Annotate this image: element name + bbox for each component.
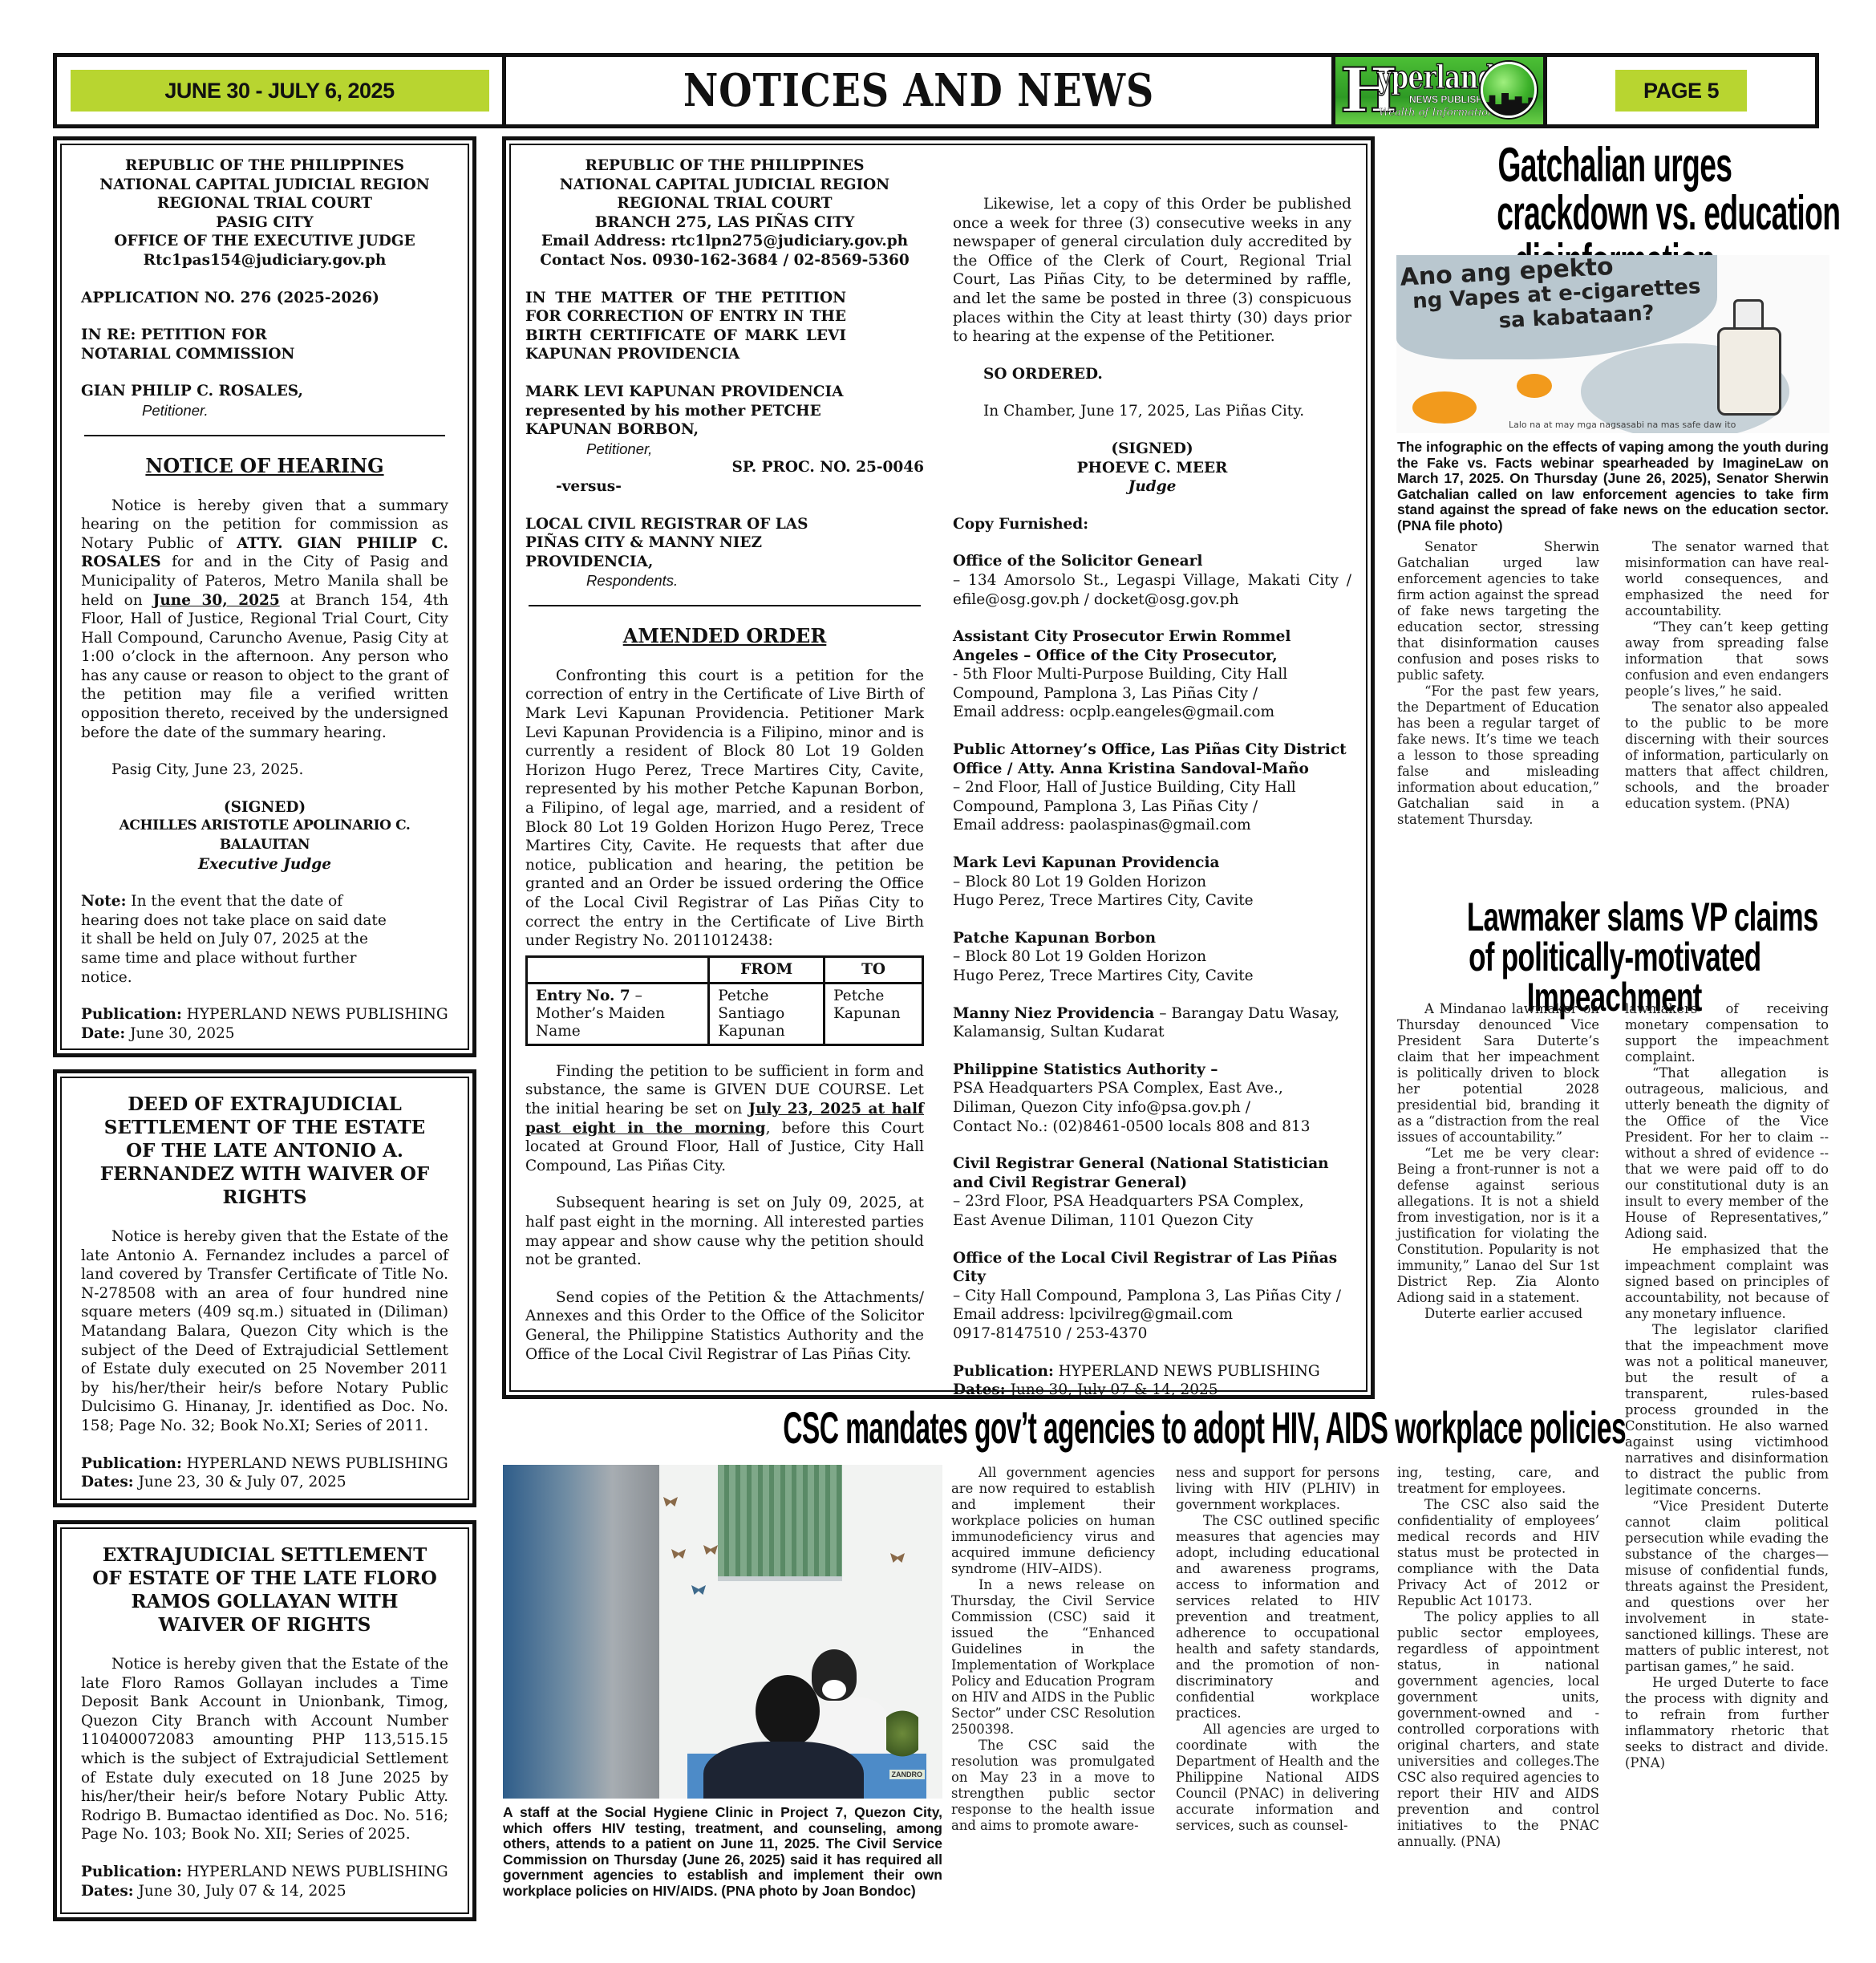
article-column: ness and support for persons living with… [1176,1465,1380,1834]
recipient-item: Patche Kapunan Borbon– Block 80 Lot 19 G… [953,929,1351,986]
logo-tagline: Wealth of Information [1379,107,1494,119]
logo-wordmark: yperland [1377,59,1495,96]
article-column: The senator warned that misinformation c… [1625,539,1829,812]
masthead-title-cell: NOTICES AND NEWS [506,57,1335,124]
masthead-page-cell: PAGE 5 [1547,57,1815,124]
vaping-infographic-image: Ano ang epekto ng Vapes at e-cigarettes … [1396,255,1829,433]
note: Note: In the event that the date of hear… [81,892,448,987]
recipient-detail: Compound, Pamplona 3, Las Piñas City / [953,684,1351,704]
recipient-detail: Diliman, Quezon City info@psa.gov.ph / [953,1098,1351,1117]
recipient-name: Patche Kapunan Borbon [953,930,1156,947]
recipient-detail: Contact No.: (02)8461-0500 locals 808 an… [953,1117,1351,1137]
recipient-name: Manny Niez Providencia [953,1005,1154,1022]
recipient-item: Civil Registrar General (National Statis… [953,1154,1351,1230]
recipient-item: Assistant City Prosecutor Erwin Rommel A… [953,627,1351,722]
amended-order-title: AMENDED ORDER [525,624,924,648]
recipient-name: Mark Levi Kapunan Providencia [953,854,1219,871]
photo-sign: ZANDRO [889,1770,926,1779]
recipient-detail: Hugo Perez, Trece Martires City, Cavite [953,891,1351,911]
publication-line: Publication: HYPERLAND NEWS PUBLISHING [81,1863,448,1882]
clinic-photo: ZANDRO [503,1465,942,1799]
recipient-name: Office of the Solicitor Genearl [953,553,1202,570]
deed-gollayan-box: EXTRAJUDICIAL SETTLEMENT OF ESTATE OF TH… [53,1520,476,1921]
recipient-detail: – 134 Amorsolo St., Legaspi Village, Mak… [953,571,1351,609]
section-title: NOTICES AND NEWS [683,64,1154,117]
recipient-item: Office of the Solicitor Genearl– 134 Amo… [953,552,1351,609]
court-header: REPUBLIC OF THE PHILIPPINES NATIONAL CAP… [525,156,924,270]
masthead: JUNE 30 - JULY 6, 2025 NOTICES AND NEWS … [53,53,1819,128]
court-contact: Contact Nos. 0930-162-3684 / 02-8569-536… [525,251,924,270]
deed-fernandez-box: DEED OF EXTRAJUDICIAL SETTLEMENT OF THE … [53,1069,476,1507]
recipient-detail: – Block 80 Lot 19 Golden Horizon [953,873,1351,892]
recipient-detail: – 23rd Floor, PSA Headquarters PSA Compl… [953,1192,1351,1211]
deed-title: EXTRAJUDICIAL SETTLEMENT OF ESTATE OF TH… [81,1540,448,1637]
judge-name: PHOEVE C. MEER [953,459,1351,478]
recipient-item: Public Attorney’s Office, Las Piñas City… [953,740,1351,835]
hyperland-logo: H yperland NEWS PUBLISHING Wealth of Inf… [1335,57,1547,124]
correction-table: FROM TO Entry No. 7 – Mother’s Maiden Na… [525,955,924,1046]
recipient-item: Manny Niez Providencia – Barangay Datu W… [953,1004,1351,1042]
deed-body: Notice is hereby given that the Estate o… [81,1227,448,1436]
headline-impeachment: Lawmaker slams VP claims of politically-… [1392,897,1838,1017]
recipient-detail: Email address: ocplp.eangeles@gmail.com [953,703,1351,722]
copy-furnished-label: Copy Furnished: [953,515,1351,534]
notice-of-hearing-box: REPUBLIC OF THE PHILIPPINES NATIONAL CAP… [53,136,476,1057]
signatory-name: ACHILLES ARISTOTLE APOLINARIO C. BALAUIT… [81,817,448,854]
recipient-name: Office of the Local Civil Registrar of L… [953,1250,1337,1286]
recipient-name: Assistant City Prosecutor Erwin Rommel A… [953,628,1291,664]
court-email: Rtc1pas154@judiciary.gov.ph [81,251,448,270]
issue-date-badge: JUNE 30 - JULY 6, 2025 [71,70,489,112]
recipient-item: Office of the Local Civil Registrar of L… [953,1249,1351,1344]
petitioner-name: GIAN PHILIP C. ROSALES, [81,382,448,401]
masthead-date-cell: JUNE 30 - JULY 6, 2025 [57,57,506,124]
recipient-detail: Hugo Perez, Trece Martires City, Cavite [953,967,1351,986]
notice-title: NOTICE OF HEARING [81,454,448,478]
divider [529,605,921,606]
photo-caption: The infographic on the effects of vaping… [1397,440,1829,533]
article-column: Senator Sherwin Gatchalian urged law enf… [1397,539,1599,828]
article-column: A Mindanao lawmaker on Thursday denounce… [1397,1001,1599,1322]
case-number: SP. PROC. NO. 25-0046 [525,458,924,477]
recipient-name: Philippine Statistics Authority – [953,1061,1218,1078]
court-email: Email Address: rtc1lpn275@judiciary.gov.… [525,232,924,251]
article-column: All government agencies are now required… [951,1465,1155,1834]
photo-caption: A staff at the Social Hygiene Clinic in … [503,1805,942,1899]
recipient-detail: Email address: paolaspinas@gmail.com [953,816,1351,835]
divider [84,435,445,436]
deed-body: Notice is hereby given that the Estate o… [81,1655,448,1844]
respondents: LOCAL CIVIL REGISTRAR OF LAS PIÑAS CITY … [525,515,838,572]
court-header: REPUBLIC OF THE PHILIPPINES NATIONAL CAP… [81,156,448,270]
recipient-detail: Compound, Pamplona 3, Las Piñas City / [953,797,1351,817]
application-number: APPLICATION NO. 276 (2025-2026) [81,289,448,308]
recipient-detail: Email address: lpcivilreg@gmail.com [953,1305,1351,1324]
recipient-detail: – 2nd Floor, Hall of Justice Building, C… [953,778,1351,797]
article-column: lawmakers of receiving monetary compensa… [1625,1001,1829,1771]
recipient-item: Mark Levi Kapunan Providencia– Block 80 … [953,854,1351,911]
recipient-name: Civil Registrar General (National Statis… [953,1155,1329,1191]
recipient-detail: East Avenue Diliman, 1101 Quezon City [953,1211,1351,1231]
vape-device-icon [1733,299,1764,331]
recipient-detail: PSA Headquarters PSA Complex, East Ave., [953,1079,1351,1098]
amended-order-box: REPUBLIC OF THE PHILIPPINES NATIONAL CAP… [502,136,1375,1399]
notice-body: Notice is hereby given that a summary he… [81,497,448,743]
table-row: Entry No. 7 – Mother’s Maiden Name Petch… [527,983,923,1044]
recipient-name: Public Attorney’s Office, Las Piñas City… [953,741,1347,777]
recipient-item: Philippine Statistics Authority –PSA Hea… [953,1061,1351,1136]
article-column: ing, testing, care, and treatment for em… [1397,1465,1599,1850]
publication-line: Publication: HYPERLAND NEWS PUBLISHING [953,1362,1351,1381]
globe-city-icon [1481,62,1537,118]
recipient-detail: – Block 80 Lot 19 Golden Horizon [953,947,1351,967]
case-matter: IN THE MATTER OF THE PETITION FOR CORREC… [525,289,846,364]
recipient-detail: 0917-8147510 / 253-4370 [953,1324,1351,1344]
recipient-detail: - 5th Floor Multi-Purpose Building, City… [953,665,1351,684]
deed-title: DEED OF EXTRAJUDICIAL SETTLEMENT OF THE … [81,1089,448,1209]
publication-line: Publication: HYPERLAND NEWS PUBLISHING [81,1454,448,1474]
publication-line: Publication: HYPERLAND NEWS PUBLISHING [81,1005,448,1024]
amended-order-col-1: REPUBLIC OF THE PHILIPPINES NATIONAL CAP… [525,156,924,1379]
recipients-list: Office of the Solicitor Genearl– 134 Amo… [953,552,1351,1343]
recipient-detail: – City Hall Compound, Pamplona 3, Las Pi… [953,1287,1351,1306]
page-number-badge: PAGE 5 [1615,70,1747,112]
headline-csc: CSC mandates gov’t agencies to adopt HIV… [502,1405,1569,1450]
amended-order-col-2: Likewise, let a copy of this Order be pu… [953,156,1351,1379]
